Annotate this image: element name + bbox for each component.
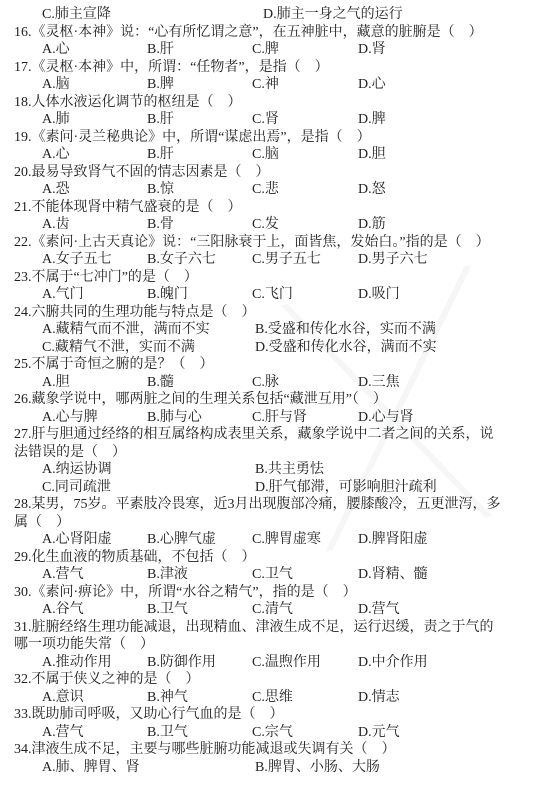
text-line: A.推动作用B.防御作用C.温煦作用D.中介作用 — [0, 654, 557, 672]
text-line: A.肺、脾胃、肾B.脾胃、小肠、大肠 — [0, 759, 557, 777]
text-line: 法错误的是（ ） — [0, 444, 557, 462]
option-D: D.肝气郁滞，可影响胆汁疏利 — [255, 479, 437, 497]
text-line: A.齿B.骨C.发D.筋 — [0, 216, 557, 234]
option-B: B.防御作用 — [147, 654, 216, 672]
option-B: B.脾胃、小肠、大肠 — [255, 759, 380, 777]
text-line: 26.藏象学说中，哪两脏之间的生理关系包括“藏泄互用”（ ） — [0, 391, 557, 409]
option-C: C.发 — [252, 216, 279, 234]
text-line: A.意识B.神气C.思维D.情志 — [0, 689, 557, 707]
text-line: 19.《素问·灵兰秘典论》中，所谓“谋虑出焉”，是指（ ） — [0, 129, 557, 147]
question-stem-line: 33.既助肺司呼吸，又助心行气血的是（ ） — [0, 706, 284, 724]
question-stem-line: 27.肝与胆通过经络的相互属络构成表里关系，藏象学说中二者之间的关系，说 — [0, 426, 494, 444]
text-line: 28.某男，75岁。平素肢冷畏寒，近3月出现腹部冷痛，腰膝酸冷，五更泄泻，多 — [0, 496, 557, 514]
question-30: 30.《素问·痹论》中，所谓“水谷之精气”，指的是（ ）A.谷气B.卫气C.清气… — [0, 584, 557, 619]
text-line: 25.不属于奇恒之腑的是？（ ） — [0, 356, 557, 374]
option-B: B.脾 — [147, 76, 174, 94]
option-B: B.心脾气虚 — [147, 531, 216, 549]
option-B: B.津液 — [147, 566, 188, 584]
question-23: 23.不属于“七冲门”的是（ ）A.气门B.魄门C.飞门D.吸门 — [0, 269, 557, 304]
option-B: B.肺与心 — [147, 409, 202, 427]
question-stem-line: 30.《素问·痹论》中，所谓“水谷之精气”，指的是（ ） — [0, 584, 357, 602]
option-D: D.胆 — [358, 146, 386, 164]
text-line: A.气门B.魄门C.飞门D.吸门 — [0, 286, 557, 304]
option-B: B.髓 — [147, 374, 174, 392]
option-B: B.受盛和传化水谷，实而不满 — [255, 321, 436, 339]
text-line: 30.《素问·痹论》中，所谓“水谷之精气”，指的是（ ） — [0, 584, 557, 602]
text-line: C.肺主宣降D.肺主一身之气的运行 — [0, 6, 557, 24]
option-A: A.心 — [42, 41, 70, 59]
option-D: D.怒 — [358, 181, 386, 199]
option-D: D.营气 — [358, 601, 400, 619]
option-D: D.元气 — [358, 724, 400, 742]
option-A: A.心 — [42, 146, 70, 164]
question-stem-line: 21.不能体现肾中精气盛衰的是（ ） — [0, 199, 242, 217]
text-line: 24.六腑共同的生理功能与特点是（ ） — [0, 304, 557, 322]
option-C: C.温煦作用 — [252, 654, 321, 672]
text-line: A.脑B.脾C.神D.心 — [0, 76, 557, 94]
text-line: 33.既助肺司呼吸，又助心行气血的是（ ） — [0, 706, 557, 724]
option-A: A.心与脾 — [42, 409, 98, 427]
option-D: D.脾肾阳虚 — [358, 531, 428, 549]
option-D: D.心 — [358, 76, 386, 94]
option-A: A.推动作用 — [42, 654, 112, 672]
option-C: C.飞门 — [252, 286, 293, 304]
text-line: 27.肝与胆通过经络的相互属络构成表里关系，藏象学说中二者之间的关系，说 — [0, 426, 557, 444]
text-line: 20.最易导致肾气不固的情志因素是（ ） — [0, 164, 557, 182]
option-A: A.心肾阳虚 — [42, 531, 112, 549]
option-C: C.肺主宣降 — [42, 6, 111, 24]
option-A: A.意识 — [42, 689, 84, 707]
option-C: C.藏精气不泄，实而不满 — [42, 339, 195, 357]
option-A: A.谷气 — [42, 601, 84, 619]
text-line: 23.不属于“七冲门”的是（ ） — [0, 269, 557, 287]
option-C: C.思维 — [252, 689, 293, 707]
option-D: D.筋 — [358, 216, 386, 234]
option-B: B.共主勇怯 — [255, 461, 324, 479]
text-line: 属（ ） — [0, 514, 557, 532]
option-D: D.吸门 — [358, 286, 400, 304]
text-line: 21.不能体现肾中精气盛衰的是（ ） — [0, 199, 557, 217]
question-28: 28.某男，75岁。平素肢冷畏寒，近3月出现腹部冷痛，腰膝酸冷，五更泄泻，多属（… — [0, 496, 557, 549]
text-line: A.肺B.肝C.肾D.脾 — [0, 111, 557, 129]
text-line: A.胆B.髓C.脉D.三焦 — [0, 374, 557, 392]
option-C: C.清气 — [252, 601, 293, 619]
option-A: A.齿 — [42, 216, 70, 234]
option-C: C.脾 — [252, 41, 279, 59]
option-B: B.女子六七 — [147, 251, 216, 269]
option-D: D.三焦 — [358, 374, 400, 392]
option-A: A.肺、脾胃、肾 — [42, 759, 140, 777]
text-line: 22.《素问·上古天真论》说：“三阳脉衰于上，面皆焦，发始白。”指的是（ ） — [0, 234, 557, 252]
option-A: A.脑 — [42, 76, 70, 94]
question-stem-line: 25.不属于奇恒之腑的是？（ ） — [0, 356, 214, 374]
text-line: A.女子五七B.女子六七C.男子五七D.男子六七 — [0, 251, 557, 269]
text-line: 哪一项功能失常（ ） — [0, 636, 557, 654]
option-D: D.受盛和传化水谷，满而不实 — [255, 339, 437, 357]
text-line: A.心B.肝C.脾D.肾 — [0, 41, 557, 59]
option-D: D.脾 — [358, 111, 386, 129]
text-line: A.恐B.惊C.悲D.怒 — [0, 181, 557, 199]
text-line: 31.脏腑经络生理功能减退，出现精血、津液生成不足，运行迟缓，责之于气的 — [0, 619, 557, 637]
option-B: B.惊 — [147, 181, 174, 199]
option-C: C.脑 — [252, 146, 279, 164]
option-A: A.恐 — [42, 181, 70, 199]
option-C: C.肾 — [252, 111, 279, 129]
question-18: 18.人体水液运化调节的枢纽是（ ）A.肺B.肝C.肾D.脾 — [0, 94, 557, 129]
option-C: C.宗气 — [252, 724, 293, 742]
option-A: A.肺 — [42, 111, 70, 129]
option-D: D.情志 — [358, 689, 400, 707]
option-C: C.神 — [252, 76, 279, 94]
question-stem-line: 34.津液生成不足，主要与哪些脏腑功能减退或失调有关（ ） — [0, 741, 396, 759]
question-stem-line: 16.《灵枢·本神》说：“心有所忆谓之意”，在五神脏中，藏意的脏腑是（ ） — [0, 24, 483, 42]
option-B: B.骨 — [147, 216, 174, 234]
question-15-options-partial: C.肺主宣降D.肺主一身之气的运行 — [0, 6, 557, 24]
question-stem-line: 法错误的是（ ） — [0, 444, 126, 462]
option-D: D.男子六七 — [358, 251, 428, 269]
text-line: A.心与脾B.肺与心C.肝与肾D.心与肾 — [0, 409, 557, 427]
text-line: 18.人体水液运化调节的枢纽是（ ） — [0, 94, 557, 112]
option-C: C.脉 — [252, 374, 279, 392]
text-line: A.心B.肝C.脑D.胆 — [0, 146, 557, 164]
question-stem-line: 20.最易导致肾气不固的情志因素是（ ） — [0, 164, 270, 182]
question-34: 34.津液生成不足，主要与哪些脏腑功能减退或失调有关（ ）A.肺、脾胃、肾B.脾… — [0, 741, 557, 776]
question-31: 31.脏腑经络生理功能减退，出现精血、津液生成不足，运行迟缓，责之于气的哪一项功… — [0, 619, 557, 672]
text-line: 17.《灵枢·本神》中，所谓：“任物者”，是指（ ） — [0, 59, 557, 77]
text-line: A.心肾阳虚B.心脾气虚C.脾胃虚寒D.脾肾阳虚 — [0, 531, 557, 549]
question-26: 26.藏象学说中，哪两脏之间的生理关系包括“藏泄互用”（ ）A.心与脾B.肺与心… — [0, 391, 557, 426]
question-list: C.肺主宣降D.肺主一身之气的运行16.《灵枢·本神》说：“心有所忆谓之意”，在… — [0, 0, 557, 776]
question-27: 27.肝与胆通过经络的相互属络构成表里关系，藏象学说中二者之间的关系，说法错误的… — [0, 426, 557, 496]
question-17: 17.《灵枢·本神》中，所谓：“任物者”，是指（ ）A.脑B.脾C.神D.心 — [0, 59, 557, 94]
question-20: 20.最易导致肾气不固的情志因素是（ ）A.恐B.惊C.悲D.怒 — [0, 164, 557, 199]
exam-paper-page: C.肺主宣降D.肺主一身之气的运行16.《灵枢·本神》说：“心有所忆谓之意”，在… — [0, 0, 557, 794]
question-stem-line: 19.《素问·灵兰秘典论》中，所谓“谋虑出焉”，是指（ ） — [0, 129, 371, 147]
question-stem-line: 属（ ） — [0, 514, 70, 532]
question-24: 24.六腑共同的生理功能与特点是（ ）A.藏精气而不泄，满而不实B.受盛和传化水… — [0, 304, 557, 357]
option-B: B.卫气 — [147, 724, 188, 742]
option-A: A.胆 — [42, 374, 70, 392]
option-C: C.卫气 — [252, 566, 293, 584]
option-A: A.气门 — [42, 286, 84, 304]
text-line: A.营气B.卫气C.宗气D.元气 — [0, 724, 557, 742]
question-stem-line: 17.《灵枢·本神》中，所谓：“任物者”，是指（ ） — [0, 59, 329, 77]
option-A: A.藏精气而不泄，满而不实 — [42, 321, 210, 339]
option-D: D.肾 — [358, 41, 386, 59]
option-C: C.脾胃虚寒 — [252, 531, 321, 549]
option-B: B.卫气 — [147, 601, 188, 619]
text-line: A.营气B.津液C.卫气D.肾精、髓 — [0, 566, 557, 584]
question-stem-line: 26.藏象学说中，哪两脏之间的生理关系包括“藏泄互用”（ ） — [0, 391, 387, 409]
option-D: D.心与肾 — [358, 409, 414, 427]
question-stem-line: 18.人体水液运化调节的枢纽是（ ） — [0, 94, 242, 112]
option-B: B.肝 — [147, 111, 174, 129]
option-C: C.同司疏泄 — [42, 479, 111, 497]
question-19: 19.《素问·灵兰秘典论》中，所谓“谋虑出焉”，是指（ ）A.心B.肝C.脑D.… — [0, 129, 557, 164]
text-line: 16.《灵枢·本神》说：“心有所忆谓之意”，在五神脏中，藏意的脏腑是（ ） — [0, 24, 557, 42]
option-C: C.悲 — [252, 181, 279, 199]
text-line: C.同司疏泄D.肝气郁滞，可影响胆汁疏利 — [0, 479, 557, 497]
text-line: 34.津液生成不足，主要与哪些脏腑功能减退或失调有关（ ） — [0, 741, 557, 759]
question-stem-line: 哪一项功能失常（ ） — [0, 636, 154, 654]
question-stem-line: 24.六腑共同的生理功能与特点是（ ） — [0, 304, 256, 322]
option-C: C.男子五七 — [252, 251, 321, 269]
question-21: 21.不能体现肾中精气盛衰的是（ ）A.齿B.骨C.发D.筋 — [0, 199, 557, 234]
question-stem-line: 31.脏腑经络生理功能减退，出现精血、津液生成不足，运行迟缓，责之于气的 — [0, 619, 494, 637]
question-stem-line: 22.《素问·上古天真论》说：“三阳脉衰于上，面皆焦，发始白。”指的是（ ） — [0, 234, 490, 252]
text-line: C.藏精气不泄，实而不满D.受盛和传化水谷，满而不实 — [0, 339, 557, 357]
question-stem-line: 23.不属于“七冲门”的是（ ） — [0, 269, 198, 287]
option-B: B.魄门 — [147, 286, 188, 304]
question-stem-line: 32.不属于侠义之神的是（ ） — [0, 671, 200, 689]
text-line: A.谷气B.卫气C.清气D.营气 — [0, 601, 557, 619]
option-D: D.肺主一身之气的运行 — [263, 6, 403, 24]
question-16: 16.《灵枢·本神》说：“心有所忆谓之意”，在五神脏中，藏意的脏腑是（ ）A.心… — [0, 24, 557, 59]
text-line: 29.化生血液的物质基础，不包括（ ） — [0, 549, 557, 567]
option-D: D.中介作用 — [358, 654, 428, 672]
question-stem-line: 28.某男，75岁。平素肢冷畏寒，近3月出现腹部冷痛，腰膝酸冷，五更泄泻，多 — [0, 496, 501, 514]
question-29: 29.化生血液的物质基础，不包括（ ）A.营气B.津液C.卫气D.肾精、髓 — [0, 549, 557, 584]
option-D: D.肾精、髓 — [358, 566, 428, 584]
question-33: 33.既助肺司呼吸，又助心行气血的是（ ）A.营气B.卫气C.宗气D.元气 — [0, 706, 557, 741]
option-A: A.营气 — [42, 566, 84, 584]
question-25: 25.不属于奇恒之腑的是？（ ）A.胆B.髓C.脉D.三焦 — [0, 356, 557, 391]
option-B: B.肝 — [147, 41, 174, 59]
option-A: A.女子五七 — [42, 251, 112, 269]
option-C: C.肝与肾 — [252, 409, 307, 427]
option-B: B.肝 — [147, 146, 174, 164]
question-stem-line: 29.化生血液的物质基础，不包括（ ） — [0, 549, 256, 567]
text-line: A.藏精气而不泄，满而不实B.受盛和传化水谷，实而不满 — [0, 321, 557, 339]
option-B: B.神气 — [147, 689, 188, 707]
option-A: A.纳运协调 — [42, 461, 112, 479]
question-22: 22.《素问·上古天真论》说：“三阳脉衰于上，面皆焦，发始白。”指的是（ ）A.… — [0, 234, 557, 269]
text-line: A.纳运协调B.共主勇怯 — [0, 461, 557, 479]
option-A: A.营气 — [42, 724, 84, 742]
question-32: 32.不属于侠义之神的是（ ）A.意识B.神气C.思维D.情志 — [0, 671, 557, 706]
text-line: 32.不属于侠义之神的是（ ） — [0, 671, 557, 689]
